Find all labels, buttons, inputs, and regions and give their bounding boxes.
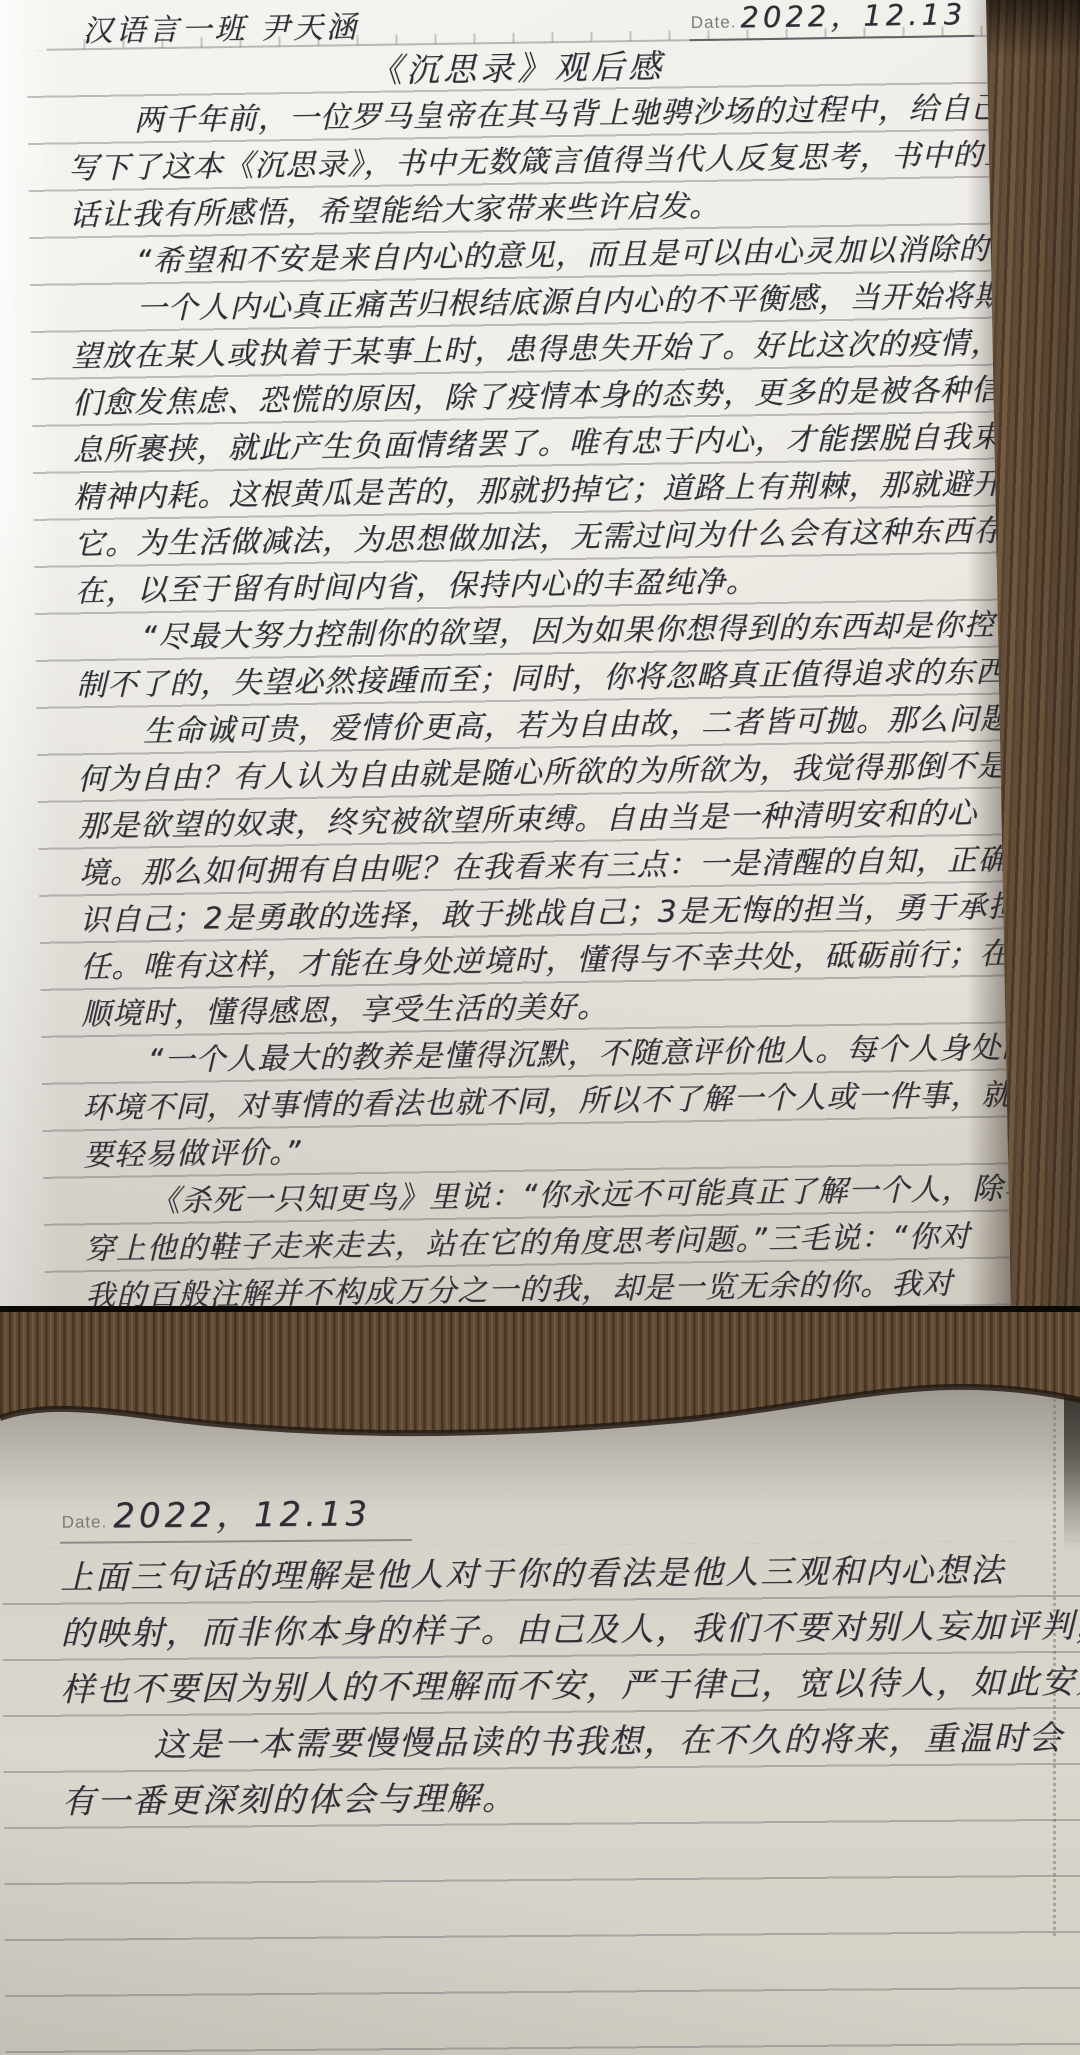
handwritten-line: 有一番更深刻的体会与理解。	[62, 1765, 1042, 1829]
handwritten-line: 的映射，而非你本身的样子。由己及人，我们不要对别人妄加评判，同	[60, 1597, 1040, 1661]
page-1-body: 《沉思录》观后感 两千年前，一位罗马皇帝在其马背上驰骋沙场的过程中，给自己 写下…	[67, 37, 986, 1319]
page-1-content: 汉语言一班 尹天涵 Date. 2022，12.13 《沉思录》观后感 两千年前…	[66, 0, 985, 1308]
date-handwritten-value: 2022，12.13	[740, 0, 966, 36]
handwritten-notes-collage: 汉语言一班 尹天涵 Date. 2022，12.13 《沉思录》观后感 两千年前…	[0, 0, 1080, 2055]
page-2-body: 上面三句话的理解是他人对于你的看法是他人三观和内心想法 的映射，而非你本身的样子…	[60, 1541, 1042, 1829]
handwritten-line: 样也不要因为别人的不理解而不安，严于律己，宽以待人，如此安好！	[61, 1653, 1041, 1717]
notebook-page-1: 汉语言一班 尹天涵 Date. 2022，12.13 《沉思录》观后感 两千年前…	[0, 0, 1080, 1312]
date-printed-label: Date.	[62, 1512, 108, 1532]
date-field: Date. 2022，12.13	[688, 0, 974, 41]
handwritten-line: 上面三句话的理解是他人对于你的看法是他人三观和内心想法	[60, 1541, 1040, 1605]
handwritten-line: 这是一本需要慢慢品读的书我想，在不久的将来，重温时会	[61, 1709, 1041, 1773]
class-and-author: 汉语言一班 尹天涵	[66, 2, 359, 50]
date-printed-label: Date.	[691, 12, 737, 33]
date-handwritten-value: 2022，12.13	[113, 1486, 371, 1537]
date-field: Date. 2022，12.13	[59, 1486, 411, 1544]
photo-page-1: 汉语言一班 尹天涵 Date. 2022，12.13 《沉思录》观后感 两千年前…	[0, 0, 1080, 1312]
wood-table-divider	[0, 1306, 1080, 1456]
